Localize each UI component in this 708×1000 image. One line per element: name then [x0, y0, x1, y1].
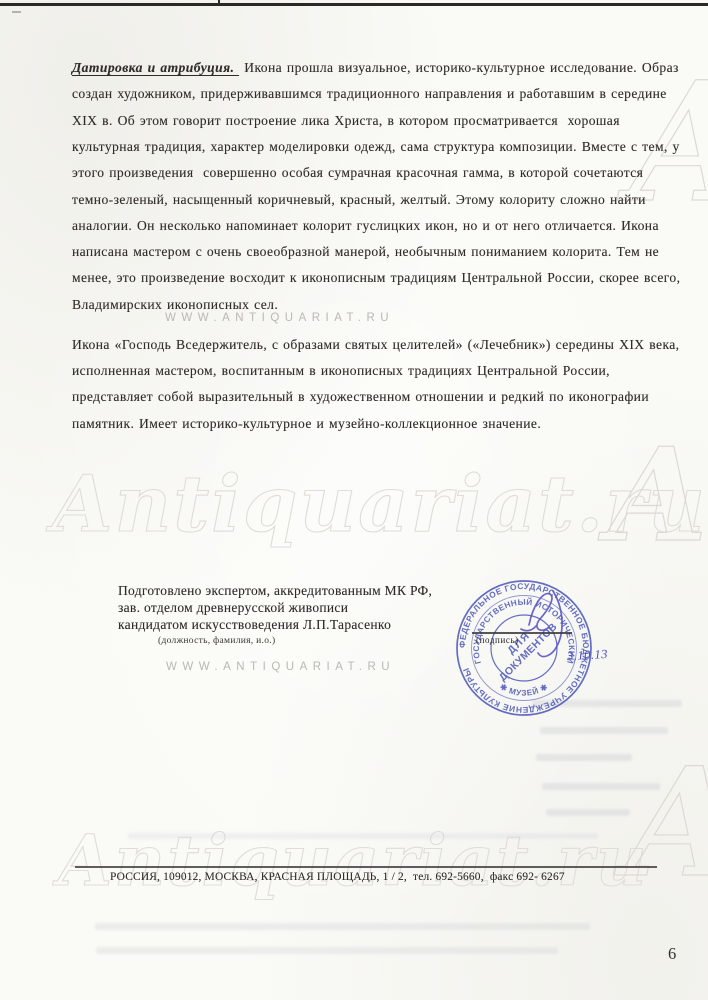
paragraph1-line: этого произведения совершенно особая сум… [72, 165, 643, 181]
paragraph1-line: менее, это произведение восходит к иконо… [72, 270, 680, 286]
signature-line [472, 632, 572, 634]
paragraph1-line: написана мастером с очень своеобразной м… [72, 244, 659, 260]
signatory-line: зав. отделом древнерусской живописи [118, 600, 348, 616]
bleed-through-text [542, 783, 660, 790]
svg-text:✱ МУЗЕЙ ✱: ✱ МУЗЕЙ ✱ [498, 682, 549, 698]
watermark-site-url-bottom: WWW.ANTIQUARIAT.RU [166, 661, 395, 673]
paragraph1-line: темно-зеленый, насыщенный коричневый, кр… [72, 192, 646, 208]
paragraph2-line: Икона «Господь Вседержитель, с образами … [72, 337, 679, 353]
footer-address: РОССИЯ, 109012, МОСКВА, КРАСНАЯ ПЛОЩАДЬ,… [110, 871, 565, 883]
bleed-through-text [546, 809, 630, 816]
paragraph2-line: исполненная мастером, воспитанным в икон… [72, 363, 610, 379]
signatory-line: кандидатом искусствоведения Л.П.Тарасенк… [118, 617, 391, 633]
bleed-through-text [128, 833, 598, 839]
stamp-inner-bottom-text: ✱ МУЗЕЙ ✱ [498, 682, 549, 698]
paragraph2-line: представляет собой выразительный в худож… [72, 389, 649, 405]
paragraph1-line: культурная традиция, характер моделировк… [72, 139, 680, 155]
bleed-through-text [95, 923, 590, 930]
scanned-page: WWW.ANTIQUARIAT.RU WWW.ANTIQUARIAT.RU An… [0, 0, 708, 1000]
scan-dash-mark [12, 11, 21, 13]
paragraph1-line: аналогии. Он несколько напоминает колори… [72, 218, 659, 234]
paragraph1-text: Икона прошла визуальное, историко-культу… [244, 60, 679, 75]
paragraph1-line: Датировка и атрибуция.Икона прошла визуа… [72, 60, 679, 76]
watermark-corner-glyph-middle: An [608, 432, 708, 560]
scan-tick-mark [218, 0, 220, 5]
signatory-line: Подготовлено экспертом, аккредитованным … [118, 583, 432, 599]
handwritten-date: 3.10.13 [567, 647, 609, 664]
page-number: 6 [668, 944, 676, 964]
paragraph1-line: Владимирских иконописных сел. [72, 297, 278, 313]
paragraph2-line: памятник. Имеет историко-культурное и му… [72, 416, 541, 432]
footer-divider [75, 866, 657, 868]
bleed-through-text [96, 947, 558, 954]
paragraph1-heading: Датировка и атрибуция. [72, 60, 239, 76]
signatory-caption: (должность, фамилия, и.о.) [158, 636, 275, 646]
scan-edge-line [0, 3, 708, 6]
watermark-corner-glyph-bottom: An [626, 748, 708, 898]
signature-label: (подпись) [476, 635, 519, 645]
bleed-through-text [536, 754, 632, 761]
paragraph1-line: XIX в. Об этом говорит построение лика Х… [72, 113, 620, 129]
watermark-site-url-top: WWW.ANTIQUARIAT.RU [165, 312, 394, 324]
paragraph1-line: создан художником, придерживавшимся трад… [72, 86, 667, 102]
